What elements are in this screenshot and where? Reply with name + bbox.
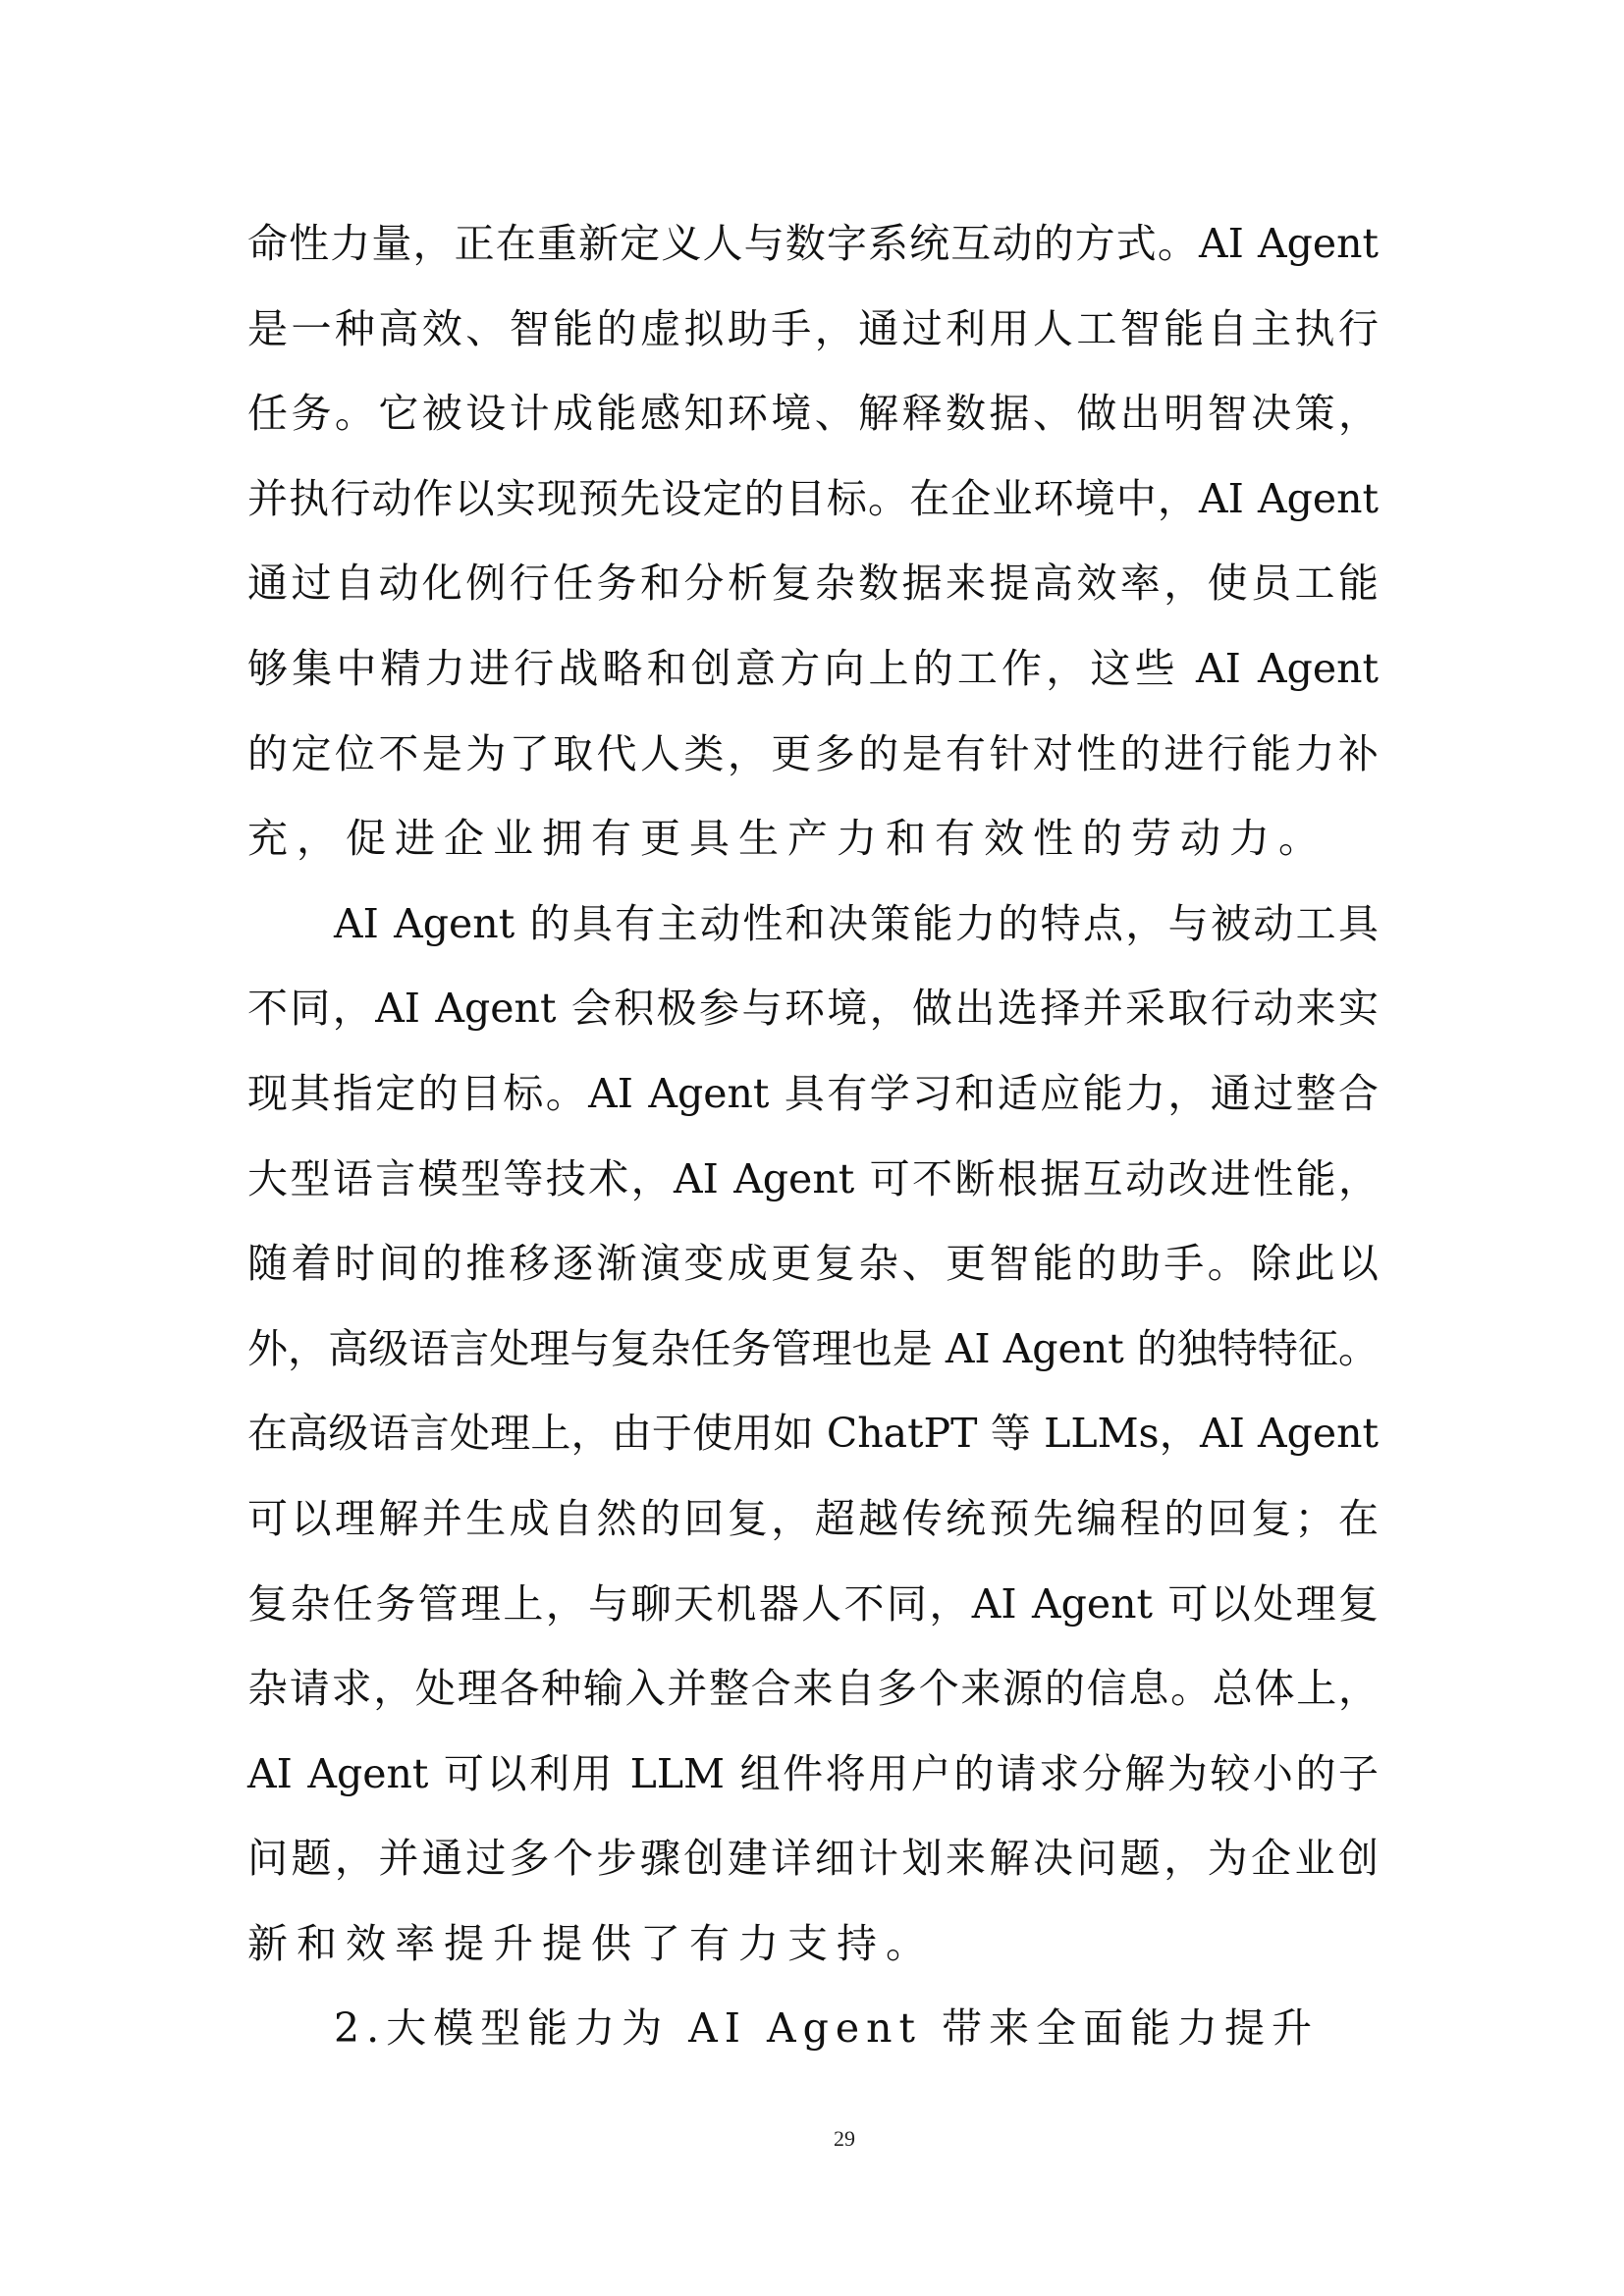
text-line: AI Agent 的具有主动性和决策能力的特点，与被动工具 — [247, 881, 1379, 967]
text-line: AI Agent 可以利用 LLM 组件将用户的请求分解为较小的子 — [247, 1732, 1379, 1817]
paragraph-2: AI Agent 的具有主动性和决策能力的特点，与被动工具 不同，AI Agen… — [247, 881, 1379, 1987]
text-line: 复杂任务管理上，与聊天机器人不同，AI Agent 可以处理复 — [247, 1562, 1379, 1647]
text-line: 命性力量，正在重新定义人与数字系统互动的方式。AI Agent — [247, 201, 1379, 287]
text-line: 杂请求，处理各种输入并整合来自多个来源的信息。总体上， — [247, 1646, 1379, 1732]
text-line: 在高级语言处理上，由于使用如 ChatPT 等 LLMs，AI Agent — [247, 1391, 1379, 1476]
text-line: 随着时间的推移逐渐演变成更复杂、更智能的助手。除此以 — [247, 1221, 1379, 1307]
text-line: 问题，并通过多个步骤创建详细计划来解决问题，为企业创 — [247, 1816, 1379, 1901]
document-page: 命性力量，正在重新定义人与数字系统互动的方式。AI Agent 是一种高效、智能… — [247, 201, 1379, 2071]
text-line: 的定位不是为了取代人类，更多的是有针对性的进行能力补 — [247, 712, 1379, 797]
text-line: 通过自动化例行任务和分析复杂数据来提高效率，使员工能 — [247, 541, 1379, 626]
text-line: 现其指定的目标。AI Agent 具有学习和适应能力，通过整合 — [247, 1051, 1379, 1137]
text-line: 充，促进企业拥有更具生产力和有效性的劳动力。 — [247, 796, 1379, 881]
page-number: 29 — [0, 2126, 1624, 2152]
text-line: 可以理解并生成自然的回复，超越传统预先编程的回复；在 — [247, 1476, 1379, 1562]
text-line: 不同，AI Agent 会积极参与环境，做出选择并采取行动来实 — [247, 966, 1379, 1051]
text-line: 外，高级语言处理与复杂任务管理也是 AI Agent 的独特特征。 — [247, 1307, 1379, 1392]
text-line: 并执行动作以实现预先设定的目标。在企业环境中，AI Agent — [247, 456, 1379, 542]
paragraph-1: 命性力量，正在重新定义人与数字系统互动的方式。AI Agent 是一种高效、智能… — [247, 201, 1379, 881]
text-line: 是一种高效、智能的虚拟助手，通过利用人工智能自主执行 — [247, 287, 1379, 372]
text-line: 新和效率提升提供了有力支持。 — [247, 1901, 1379, 1987]
text-line: 够集中精力进行战略和创意方向上的工作，这些 AI Agent — [247, 626, 1379, 712]
text-line: 任务。它被设计成能感知环境、解释数据、做出明智决策， — [247, 371, 1379, 456]
text-line: 大型语言模型等技术，AI Agent 可不断根据互动改进性能， — [247, 1137, 1379, 1222]
section-heading: 2.大模型能力为 AI Agent 带来全面能力提升 — [247, 1986, 1379, 2071]
